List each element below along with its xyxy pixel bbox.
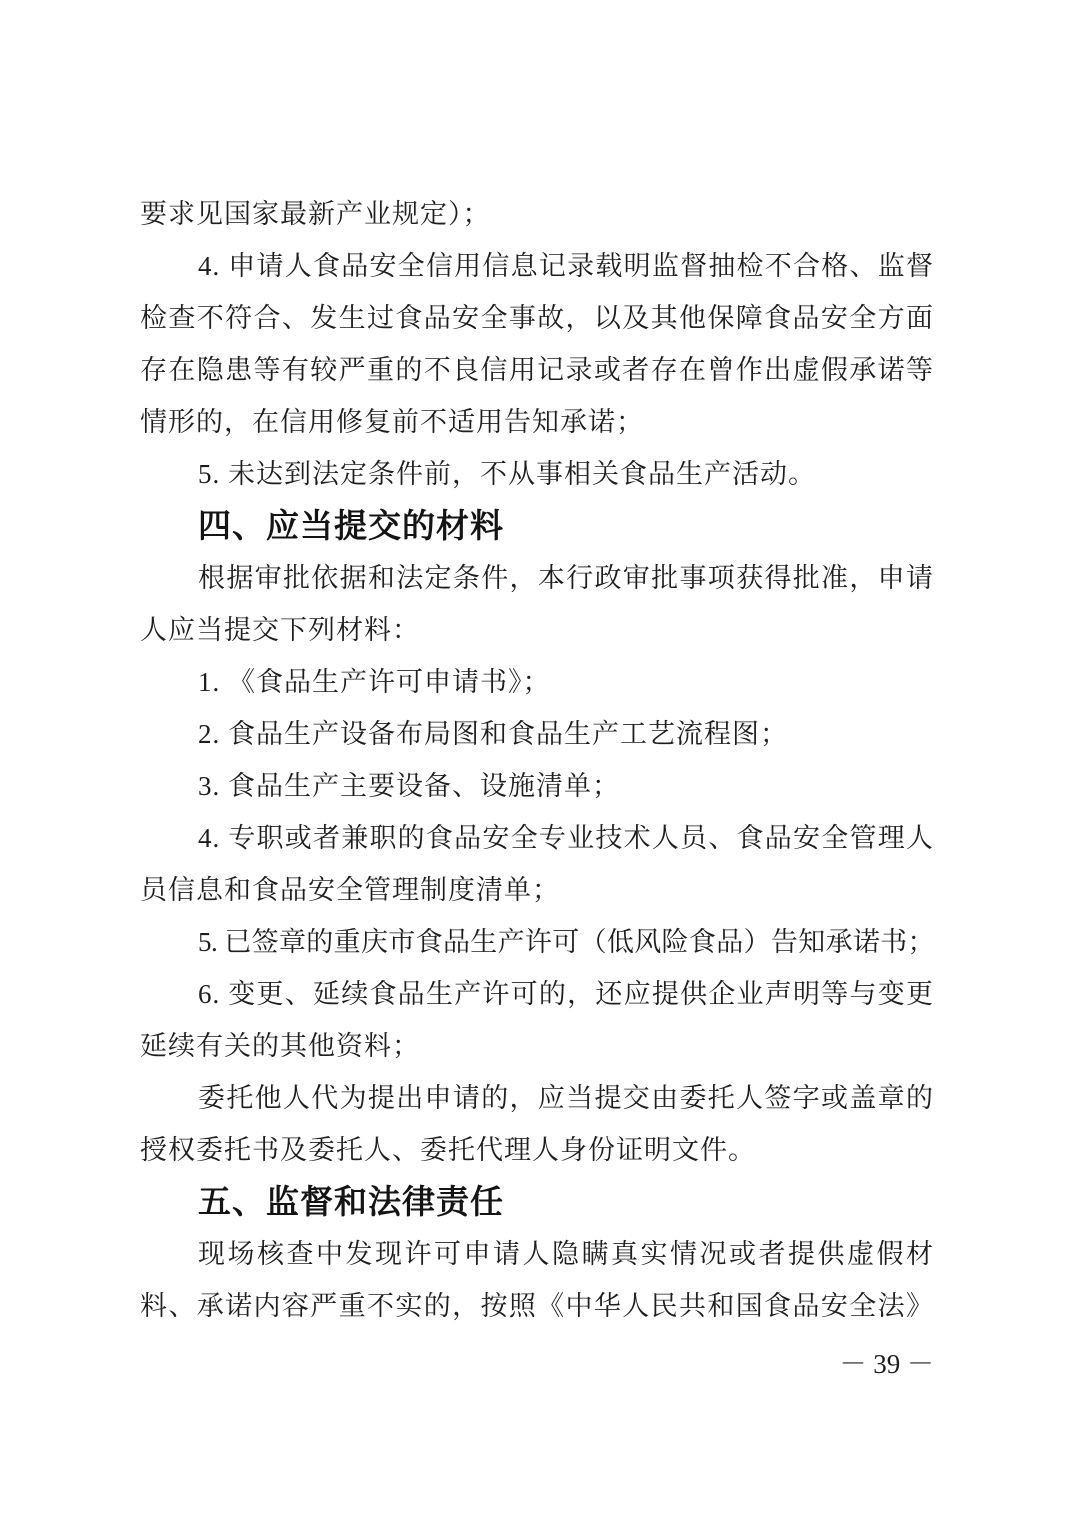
paragraph-continuation-line: 延续有关的其他资料； [140,1020,934,1072]
page-number: － 39 － [140,1344,934,1384]
paragraph-line: 根据审批依据和法定条件，本行政审批事项获得批准，申请 [140,552,934,604]
list-item-line: 6. 变更、延续食品生产许可的，还应提供企业声明等与变更 [140,968,934,1020]
paragraph-continuation-line: 情形的，在信用修复前不适用告知承诺； [140,396,934,448]
list-item-line: 2. 食品生产设备布局图和食品生产工艺流程图； [140,708,934,760]
section-heading-supervision: 五、监督和法律责任 [140,1176,934,1228]
list-item-line: 5. 已签章的重庆市食品生产许可（低风险食品）告知承诺书； [140,916,934,968]
paragraph-continuation-line: 员信息和食品安全管理制度清单； [140,864,934,916]
document-page: 要求见国家最新产业规定）； 4. 申请人食品安全信用信息记录载明监督抽检不合格、… [0,0,1074,1520]
paragraph-continuation-line: 授权委托书及委托人、委托代理人身份证明文件。 [140,1124,934,1176]
list-item-line: 3. 食品生产主要设备、设施清单； [140,760,934,812]
paragraph-continuation-line: 检查不符合、发生过食品安全事故，以及其他保障食品安全方面 [140,292,934,344]
list-item-line: 1. 《食品生产许可申请书》； [140,656,934,708]
paragraph-continuation-line: 存在隐患等有较严重的不良信用记录或者存在曾作出虚假承诺等 [140,344,934,396]
document-body: 要求见国家最新产业规定）； 4. 申请人食品安全信用信息记录载明监督抽检不合格、… [140,188,934,1332]
section-heading-materials: 四、应当提交的材料 [140,500,934,552]
list-item-line: 5. 未达到法定条件前，不从事相关食品生产活动。 [140,448,934,500]
paragraph-continuation-line: 人应当提交下列材料： [140,604,934,656]
paragraph-continuation-line: 要求见国家最新产业规定）； [140,188,934,240]
paragraph-line: 现场核查中发现许可申请人隐瞒真实情况或者提供虚假材 [140,1228,934,1280]
list-item-line: 4. 专职或者兼职的食品安全专业技术人员、食品安全管理人 [140,812,934,864]
paragraph-line: 委托他人代为提出申请的，应当提交由委托人签字或盖章的 [140,1072,934,1124]
paragraph-continuation-line: 料、承诺内容严重不实的，按照《中华人民共和国食品安全法》 [140,1280,934,1332]
list-item-line: 4. 申请人食品安全信用信息记录载明监督抽检不合格、监督 [140,240,934,292]
